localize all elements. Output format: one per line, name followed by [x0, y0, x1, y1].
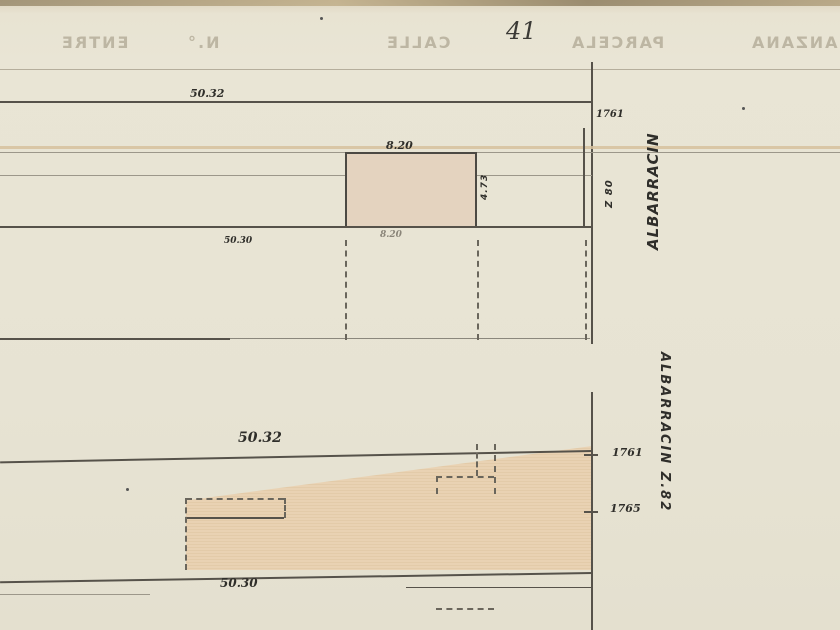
- ghost-header-entre: ENTRE: [60, 33, 128, 52]
- ruled-line: [0, 175, 592, 176]
- upper-side-label: Z 80: [604, 179, 615, 208]
- upper-street-line: [591, 62, 593, 344]
- upper-rear-label: 50.30: [224, 236, 252, 246]
- paper-speck: [320, 17, 323, 20]
- cadastral-plan-sheet: ENTRE N.° CALLE PARCELA MANZANA 41 50.32…: [0, 0, 840, 630]
- lower-rear-line: [0, 572, 592, 583]
- paper-speck: [126, 488, 129, 491]
- street-number-tick: [584, 454, 598, 456]
- lower-neighbor-line: [406, 587, 592, 588]
- lower-street-name: ALBARRACIN Z.82: [657, 352, 672, 512]
- upper-frontage-line: [0, 101, 592, 103]
- lower-annex-line: [186, 517, 284, 519]
- upper-dashed-line: [477, 240, 479, 340]
- upper-street-number: 1761: [596, 109, 624, 120]
- upper-building-width-label: 8.20: [386, 139, 413, 152]
- ruled-line: [0, 594, 150, 595]
- upper-lower-width-label: 8.20: [380, 230, 402, 240]
- lower-dashed-line: [494, 444, 496, 494]
- ghost-header-calle: CALLE: [385, 33, 450, 52]
- ghost-header-manzana: MANZANA: [750, 33, 840, 52]
- lower-dashed-line: [436, 476, 438, 494]
- lower-dashed-line: [284, 498, 286, 518]
- page-number: 41: [506, 17, 537, 45]
- upper-frontage-label: 50.32: [190, 87, 224, 100]
- upper-dashed-line: [345, 240, 347, 340]
- upper-rear-line: [0, 338, 230, 340]
- lower-street-number-b: 1765: [610, 502, 641, 515]
- header-rule: [0, 69, 840, 70]
- lower-street-number-a: 1761: [612, 446, 643, 459]
- upper-parcel-edge: [583, 128, 585, 228]
- scan-edge-stain: [0, 0, 840, 6]
- upper-dashed-line: [585, 240, 587, 340]
- upper-street-name: ALBARRACIN: [644, 132, 662, 250]
- lower-rear-label: 50.30: [220, 576, 258, 590]
- lower-dashed-line: [186, 498, 284, 500]
- ghost-header-parcela: PARCELA: [570, 33, 664, 52]
- street-number-tick: [584, 511, 598, 513]
- lower-dashed-line: [185, 498, 187, 570]
- lower-dashed-line: [476, 444, 478, 476]
- lower-dashed-line: [436, 476, 494, 478]
- paper-speck: [742, 107, 745, 110]
- upper-parcel-line: [0, 226, 592, 228]
- lower-dashed-line: [436, 608, 494, 610]
- ghost-header-numero: N.°: [186, 33, 219, 52]
- upper-building: [345, 152, 477, 228]
- upper-building-depth-label: 4.73: [480, 174, 490, 200]
- ruled-stripe: [0, 146, 840, 149]
- lower-parcel-fill: [186, 446, 592, 570]
- lower-frontage-label: 50.32: [238, 430, 282, 446]
- upper-rear-line-ext: [230, 338, 590, 339]
